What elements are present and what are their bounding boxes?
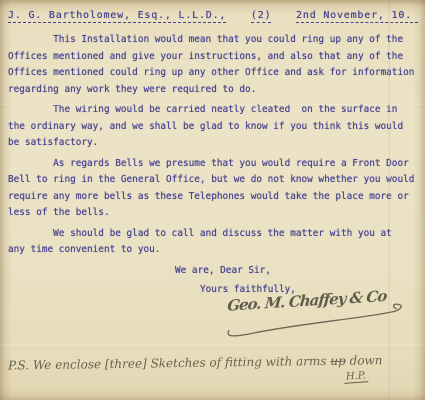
paragraph-call: We should be glad to call and discuss th… xyxy=(8,226,418,259)
letter-header: J. G. Bartholomew, Esq., L.L.D., (2) 2nd… xyxy=(8,10,418,23)
paragraph-installation: This Installation would mean that you co… xyxy=(8,32,418,98)
paragraph-bells: As regards Bells we presume that you wou… xyxy=(8,156,418,222)
postscript-suffix: down xyxy=(346,353,383,368)
letter-body: This Installation would mean that you co… xyxy=(8,32,418,259)
paragraph-wiring: The wiring would be carried neatly cleat… xyxy=(8,102,418,152)
postscript-struck-word: up xyxy=(330,354,346,368)
letter-page: J. G. Bartholomew, Esq., L.L.D., (2) 2nd… xyxy=(0,0,425,400)
postscript-prefix: P.S. We enclose [three] Sketches of fitt… xyxy=(8,354,331,372)
paper-fold-horizontal-lower xyxy=(0,344,425,347)
header-addressee: J. G. Bartholomew, Esq., L.L.D., xyxy=(8,10,226,23)
closing-we-are: We are, Dear Sir, xyxy=(175,263,418,280)
postscript-text: P.S. We enclose [three] Sketches of fitt… xyxy=(8,354,360,373)
header-page-number: (2) xyxy=(251,10,271,23)
postscript-initials: H.P. xyxy=(344,370,369,384)
header-date: 2nd November, 10. xyxy=(296,10,418,23)
